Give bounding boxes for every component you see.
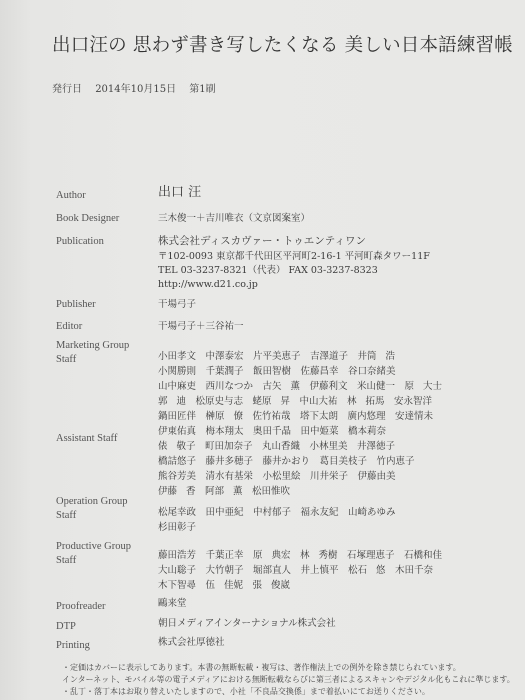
publisher-label: Publisher xyxy=(56,297,96,313)
issue-printing: 第1刷 xyxy=(189,84,215,95)
productive-staff-list: 藤田浩芳 千葉正幸 原 典宏 林 秀樹 石塚理恵子 石橋和佳 大山聡子 大竹朝子… xyxy=(158,548,442,593)
proofreader-value: 鷗来堂 xyxy=(158,597,187,612)
operation-label-line2: Staff xyxy=(56,508,76,524)
staff-line: 伊藤 香 阿部 薫 松田惟吹 xyxy=(158,484,415,499)
book-designer-value: 三木俊一＋吉川唯衣（文京図案室） xyxy=(158,212,310,227)
staff-line: 木下智尋 伍 佳妮 張 俊崴 xyxy=(158,578,442,593)
staff-line: 熊谷芳美 清水有基栄 小松里絵 川井栄子 伊藤由美 xyxy=(158,469,415,484)
editor-label: Editor xyxy=(56,319,82,335)
publication-url: http://www.d21.co.jp xyxy=(158,278,258,293)
marketing-staff-list: 小田孝文 中澤泰宏 片平美恵子 吉澤道子 井筒 浩 小関勝則 千葉潤子 飯田智樹… xyxy=(158,349,442,439)
staff-line: 郭 迪 松原史与志 蛯原 昇 中山大祐 林 拓馬 安永智洋 xyxy=(158,394,442,409)
issue-label: 発行日 xyxy=(52,84,82,95)
author-label: Author xyxy=(56,188,86,204)
staff-line: 伊東佑真 梅本翔太 奥田千晶 田中姫菜 橋本莉奈 xyxy=(158,424,442,439)
publisher-value: 干場弓子 xyxy=(158,298,196,313)
staff-line: 小田孝文 中澤泰宏 片平美恵子 吉澤道子 井筒 浩 xyxy=(158,349,442,364)
legal-note-line: ・乱丁・落丁本はお取り替えいたしますので、小社「不良品交換係」まで着払いにてお送… xyxy=(62,686,515,698)
legal-notes: ・定価はカバーに表示してあります。本書の無断転載・複写は、著作権法上での例外を除… xyxy=(62,662,515,698)
publication-address: 〒102-0093 東京都千代田区平河町2-16-1 平河町森タワー11F xyxy=(158,250,430,265)
legal-note-line: ・定価はカバーに表示してあります。本書の無断転載・複写は、著作権法上での例外を除… xyxy=(62,662,515,674)
printing-label: Printing xyxy=(56,638,90,654)
staff-line: 大山聡子 大竹朝子 堀部直人 井上慎平 松石 悠 木田千奈 xyxy=(158,563,442,578)
book-title: 出口汪の 思わず書き写したくなる 美しい日本語練習帳 xyxy=(52,31,513,57)
issue-info: 発行日 2014年10月15日 第1刷 xyxy=(52,80,226,95)
author-value: 出口 汪 xyxy=(158,186,201,201)
staff-line: 小関勝則 千葉潤子 飯田智樹 佐藤昌幸 谷口奈緒美 xyxy=(158,364,442,379)
printing-value: 株式会社厚徳社 xyxy=(158,636,225,651)
staff-line: 鍋田匠伴 榊原 僚 佐竹祐哉 塔下太朗 廣内悠理 安達情未 xyxy=(158,409,442,424)
staff-line: 橋詰悠子 藤井多穂子 藤井かおり 葛目美枝子 竹内恵子 xyxy=(158,454,415,469)
legal-note-line: インターネット、モバイル等の電子メディアにおける無断転載ならびに第三者によるスキ… xyxy=(62,674,515,686)
assistant-staff-list: 俵 敬子 町田加奈子 丸山香織 小林里美 井澤徳子 橋詰悠子 藤井多穂子 藤井か… xyxy=(158,439,415,499)
book-designer-label: Book Designer xyxy=(56,211,119,227)
proofreader-label: Proofreader xyxy=(56,599,106,615)
dtp-label: DTP xyxy=(56,619,76,635)
issue-date: 2014年10月15日 xyxy=(95,84,176,95)
operation-staff-list: 松尾幸政 田中亜紀 中村郁子 福永友紀 山崎あゆみ 杉田彰子 xyxy=(158,505,396,535)
staff-line: 松尾幸政 田中亜紀 中村郁子 福永友紀 山崎あゆみ xyxy=(158,505,396,520)
publication-company: 株式会社ディスカヴァー・トゥエンティワン xyxy=(158,234,366,249)
publication-label: Publication xyxy=(56,234,104,250)
staff-line: 山中麻吏 西川なつか 古矢 薫 伊藤利文 米山健一 原 大士 xyxy=(158,379,442,394)
staff-line: 藤田浩芳 千葉正幸 原 典宏 林 秀樹 石塚理恵子 石橋和佳 xyxy=(158,548,442,563)
staff-line: 杉田彰子 xyxy=(158,520,396,535)
assistant-label: Assistant Staff xyxy=(56,431,117,447)
staff-line: 俵 敬子 町田加奈子 丸山香織 小林里美 井澤徳子 xyxy=(158,439,415,454)
dtp-value: 朝日メディアインターナショナル株式会社 xyxy=(158,617,336,632)
marketing-label-line2: Staff xyxy=(56,352,76,368)
publication-phone: TEL 03-3237-8321（代表） FAX 03-3237-8323 xyxy=(158,264,378,279)
colophon-page: 出口汪の 思わず書き写したくなる 美しい日本語練習帳 発行日 2014年10月1… xyxy=(0,0,525,700)
editor-value: 干場弓子＋三谷祐一 xyxy=(158,320,244,335)
productive-label-line2: Staff xyxy=(56,553,76,569)
